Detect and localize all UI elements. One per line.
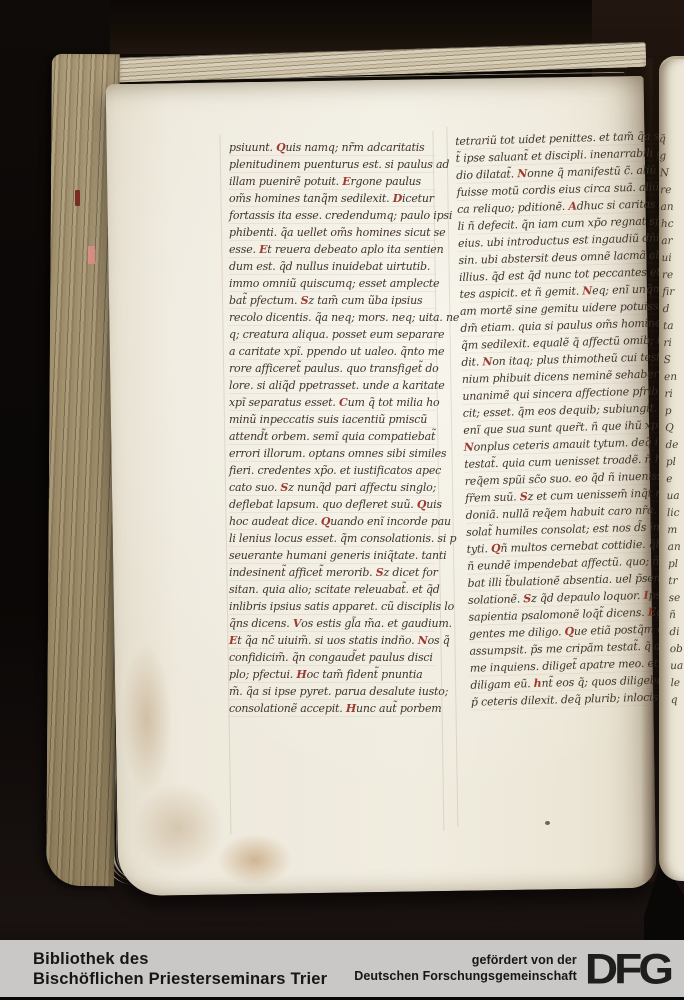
manuscript-line: illam puenirẽ potuit. Ergone paulus (229, 173, 435, 190)
manuscript-line: xpĩ separatus esset. Cum q̃ tot milia ho (229, 394, 435, 411)
rubric-initial: Q (564, 625, 574, 638)
manuscript-line: li lenius locus esset. q̃m consolationis… (229, 530, 435, 547)
manuscript-fragment-line: di (669, 624, 682, 641)
text-column-1: psiuunt. Quis namq; nr̃m adcaritatisplen… (229, 139, 435, 717)
manuscript-fragment-line: ui (661, 250, 674, 267)
manuscript-line: fortassis ita esse. credendumq; paulo ip… (229, 207, 435, 224)
manuscript-text: gentes me diligo. (469, 625, 565, 641)
manuscript-text: esse. (229, 243, 259, 256)
manuscript-text: plo; pfectui. (229, 668, 296, 681)
manuscript-line: confidicim̃. q̃n congaud̃et paulus disci (229, 649, 435, 666)
manuscript-fragment-line: en (664, 369, 677, 386)
manuscript-text: fr̃em suũ. (465, 490, 520, 505)
manuscript-text: xpĩ separatus esset. (229, 396, 339, 409)
manuscript-text: sitan. quia alio; scitate releuabat̃. et… (229, 583, 440, 596)
manuscript-line: a caritate xpĩ. ppendo ut ualeo. q̃nto m… (229, 343, 435, 360)
manuscript-fragment-line: ua (670, 658, 683, 675)
manuscript-text: oc tam̃ fident̃ pnuntia (307, 668, 423, 681)
manuscript-text: z dicet for (384, 566, 438, 579)
manuscript-text: os q̃ (428, 634, 450, 647)
manuscript-line: plo; pfectui. Hoc tam̃ fident̃ pnuntia (229, 666, 435, 683)
rubric-initial: E (229, 634, 237, 647)
manuscript-text: z tam̃ cum ũba ipsius (308, 294, 422, 307)
manuscript-line: q; creatura aliqua. posset eum separare (229, 326, 435, 343)
manuscript-text: confidicim̃. q̃n congaud̃et paulus disci (229, 651, 433, 664)
manuscript-text: immo omniũ quiscumq; esset amplecte (229, 277, 439, 290)
library-name-line1: Bibliothek des (33, 949, 327, 969)
manuscript-text: consolationẽ accepit. (229, 702, 346, 715)
rubric-initial: N (464, 441, 474, 454)
manuscript-fragment-line: Q (665, 420, 678, 437)
manuscript-text: fieri. credentes xp̃o. et iustificatos a… (229, 464, 441, 477)
rubric-initial: H (296, 668, 306, 681)
manuscript-text: lore. si aliq̃d ppetrasset. unde a karit… (229, 379, 445, 392)
manuscript-fragment-line: an (660, 199, 673, 216)
manuscript-fragment-line: p (665, 403, 678, 420)
manuscript-text: recolo dicentis. q̃a neq; mors. neq; uit… (229, 311, 459, 324)
manuscript-line: errori illorum. optans omnes sibi simile… (229, 445, 435, 462)
library-name-line2: Bischöflichen Priesterseminars Trier (33, 969, 327, 989)
manuscript-text: q; creatura aliqua. posset eum separare (229, 328, 444, 341)
manuscript-text: attend̃t orbem. semĩ quia compatiebat̃ (229, 430, 435, 443)
manuscript-line: deflebat lapsum. quo defleret suũ. Quis (229, 496, 435, 513)
next-page-edge: q̃gNreanhcaruirefirdtariSenripQdepleuali… (659, 56, 684, 881)
rubric-initial: A (568, 200, 577, 213)
manuscript-line: q̃ns dicens. Vos estis gl̃a m̃a. et gaud… (229, 615, 435, 632)
manuscript-text: tes aspicit. et ñ gemit. (459, 285, 582, 301)
manuscript-fragment-line: ua (666, 488, 679, 505)
manuscript-fragment-line: pl (668, 556, 681, 573)
dfg-logo: DFG (577, 947, 684, 989)
manuscript-line: seuerante humani generis iniq̃tate. tant… (229, 547, 435, 564)
funding-credit-line1: gefördert von der (354, 953, 577, 969)
manuscript-text: psiuunt. (229, 141, 276, 154)
manuscript-line: Et q̃a nc̃ uiuim̃. si uos statis indño. … (229, 632, 435, 649)
manuscript-text: seuerante humani generis iniq̃tate. tant… (229, 549, 446, 562)
manuscript-text: phibenti. q̃a uellet om̃s homines sicut … (229, 226, 445, 239)
rubric-initial: S (376, 566, 384, 579)
manuscript-text: unc aut̃ porbem (356, 702, 442, 715)
manuscript-line: esse. Et reuera debeato aplo ita sentien (229, 241, 435, 258)
rubric-initial: V (293, 617, 301, 630)
manuscript-text: z nunq̃d pari affectu singlo; (288, 481, 436, 494)
manuscript-line: consolationẽ accepit. Hunc aut̃ porbem (229, 700, 435, 717)
manuscript-fragment-line: d (663, 301, 676, 318)
manuscript-text: rore afficeret̃ paulus. quo transfiget̃ … (229, 362, 439, 375)
manuscript-line: bat̃ pfectum. Sz tam̃ cum ũba ipsius (229, 292, 435, 309)
manuscript-text: uis (426, 498, 442, 511)
manuscript-line: fieri. credentes xp̃o. et iustificatos a… (229, 462, 435, 479)
manuscript-fragment-line: g (659, 148, 672, 165)
manuscript-line: recolo dicentis. q̃a neq; mors. neq; uit… (229, 309, 435, 326)
manuscript-text: om̃s homines tanq̃m sedilexit. (229, 192, 393, 205)
manuscript-text: solationẽ. (468, 592, 524, 607)
manuscript-text: onne q̃ manifestũ c̃. aliũ (527, 163, 657, 180)
manuscript-text: icetur (402, 192, 434, 205)
rubric-initial: N (482, 355, 492, 368)
manuscript-text: tyti. (466, 542, 491, 556)
manuscript-text: m̃. q̃a si ipse pyret. parua desalute iu… (229, 685, 448, 698)
manuscript-line: inlibris ipsius satis apparet. cũ discip… (229, 598, 435, 615)
ruling-line (446, 127, 458, 827)
manuscript-text: dum est. q̃d nullus inuidebat uirtutib. (229, 260, 430, 273)
footer-banner: Bibliothek des Bischöflichen Priestersem… (0, 940, 684, 997)
manuscript-line: lore. si aliq̃d ppetrasset. unde a karit… (229, 377, 435, 394)
manuscript-text: t q̃a nc̃ uiuim̃. si uos statis indño. (237, 634, 418, 647)
rubric-initial: N (418, 634, 428, 647)
manuscript-text: uando enĩ incorde pau (330, 515, 451, 528)
manuscript-fragment-line: q (671, 692, 684, 709)
manuscript-line: sitan. quia alio; scitate releuabat̃. et… (229, 581, 435, 598)
manuscript-line: dum est. q̃d nullus inuidebat uirtutib. (229, 258, 435, 275)
manuscript-text: q̃ns dicens. (229, 617, 293, 630)
manuscript-text: fortassis ita esse. credendumq; paulo ip… (229, 209, 452, 222)
manuscript-text: uis namq; nr̃m adcaritatis (285, 141, 424, 154)
manuscript-text: os estis gl̃a m̃a. et gaudium. (301, 617, 452, 630)
manuscript-fragment-line: ta (663, 318, 676, 335)
manuscript-fragment-line: lic (667, 505, 680, 522)
manuscript-text: z q̃d depaulo loquor. (531, 589, 644, 605)
manuscript-fragment-line: le (670, 675, 683, 692)
manuscript-fragment-line: pl (666, 454, 679, 471)
manuscript-fragment-line: e (666, 471, 679, 488)
manuscript-fragment-line: de (665, 437, 678, 454)
manuscript-fragment-line: re (660, 182, 673, 199)
manuscript-text: cato suo. (229, 481, 280, 494)
manuscript-text: illam puenirẽ potuit. (229, 175, 342, 188)
edge-marker (75, 190, 80, 206)
manuscript-fragment-line: an (667, 539, 680, 556)
manuscript-line: cato suo. Sz nunq̃d pari affectu singlo; (229, 479, 435, 496)
manuscript-line: psiuunt. Quis namq; nr̃m adcaritatis (229, 139, 435, 156)
manuscript-fragment-line: S (664, 352, 677, 369)
manuscript-text: indesinent̃ afficet̃ merorib. (229, 566, 376, 579)
manuscript-text: deflebat lapsum. quo defleret suũ. (229, 498, 417, 511)
rubric-initial: D (393, 192, 402, 205)
edge-marker (88, 246, 95, 264)
manuscript-text: minũ inpeccatis suis iacentiũ pmiscũ (229, 413, 427, 426)
manuscript-text: hoc audeat dice. (229, 515, 321, 528)
manuscript-line: m̃. q̃a si ipse pyret. parua desalute iu… (229, 683, 435, 700)
manuscript-line: plenitudinem puenturus est. si paulus ad (229, 156, 435, 173)
parchment-stain (217, 833, 292, 886)
manuscript-line: phibenti. q̃a uellet om̃s homines sicut … (229, 224, 435, 241)
manuscript-fragment-line: fir (662, 284, 675, 301)
manuscript-line: immo omniũ quiscumq; esset amplecte (229, 275, 435, 292)
manuscript-text: t reuera debeato aplo ita sentien (267, 243, 443, 256)
manuscript-fragment-line: q̃ (659, 131, 672, 148)
manuscript-text: bat̃ pfectum. (229, 294, 301, 307)
manuscript-fragment-line: se (669, 590, 682, 607)
manuscript-text: ca reliquo; pditionẽ. (457, 200, 569, 216)
funding-credit-line2: Deutschen Forschungsgemeinschaft (354, 969, 577, 985)
rubric-initial: N (582, 284, 592, 297)
manuscript-line: indesinent̃ afficet̃ merorib. Sz dicet f… (229, 564, 435, 581)
rubric-initial: Q (321, 515, 330, 528)
manuscript-fragment-line: N (660, 165, 673, 182)
rubric-initial: N (517, 167, 527, 180)
manuscript-line: rore afficeret̃ paulus. quo transfiget̃ … (229, 360, 435, 377)
manuscript-text: plenitudinem puenturus est. si paulus ad (229, 158, 449, 171)
manuscript-line: attend̃t orbem. semĩ quia compatiebat̃ (229, 428, 435, 445)
manuscript-text: a caritate xpĩ. ppendo ut ualeo. q̃nto m… (229, 345, 444, 358)
manuscript-scan-photo: psiuunt. Quis namq; nr̃m adcaritatisplen… (0, 0, 684, 1000)
manuscript-text: diligam eũ. (470, 677, 534, 692)
manuscript-fragment-line: ri (663, 335, 676, 352)
manuscript-fragment-line: ar (661, 233, 674, 250)
parchment-stain (120, 643, 172, 794)
fly-speck (545, 821, 550, 825)
manuscript-fragment-line: re (662, 267, 675, 284)
library-name: Bibliothek des Bischöflichen Priestersem… (0, 949, 327, 989)
rubric-initial: Q (417, 498, 426, 511)
manuscript-fragment-line: ri (664, 386, 677, 403)
manuscript-line: minũ inpeccatis suis iacentiũ pmiscũ (229, 411, 435, 428)
funding-credit: gefördert von der Deutschen Forschungsge… (354, 953, 577, 984)
manuscript-fragment-line: hc (661, 216, 674, 233)
manuscript-text: dit. (461, 355, 482, 369)
manuscript-text: errori illorum. optans omnes sibi simile… (229, 447, 446, 460)
manuscript-fragment-line: m (667, 522, 680, 539)
manuscript-text: inlibris ipsius satis apparet. cũ discip… (229, 600, 454, 613)
manuscript-text: dio dilatat̃. (456, 167, 517, 182)
rubric-initial: H (346, 702, 356, 715)
rubric-initial: S (280, 481, 288, 494)
rubric-initial: C (339, 396, 348, 409)
manuscript-fragment-line: tr (668, 573, 681, 590)
parchment-stain (133, 783, 224, 874)
manuscript-fragment-line: ñ (669, 607, 682, 624)
manuscript-fragment-line: ob (670, 641, 683, 658)
manuscript-text: li lenius locus esset. q̃m consolationis… (229, 532, 456, 545)
rubric-initial: Q (491, 542, 501, 555)
manuscript-line: om̃s homines tanq̃m sedilexit. Dicetur (229, 190, 435, 207)
next-page-fragments: q̃gNreanhcaruirefirdtariSenripQdepleuali… (659, 131, 684, 709)
manuscript-text: um q̃ tot milia ho (348, 396, 440, 409)
manuscript-line: hoc audeat dice. Quando enĩ incorde pau (229, 513, 435, 530)
manuscript-text: rgone paulus (350, 175, 421, 188)
